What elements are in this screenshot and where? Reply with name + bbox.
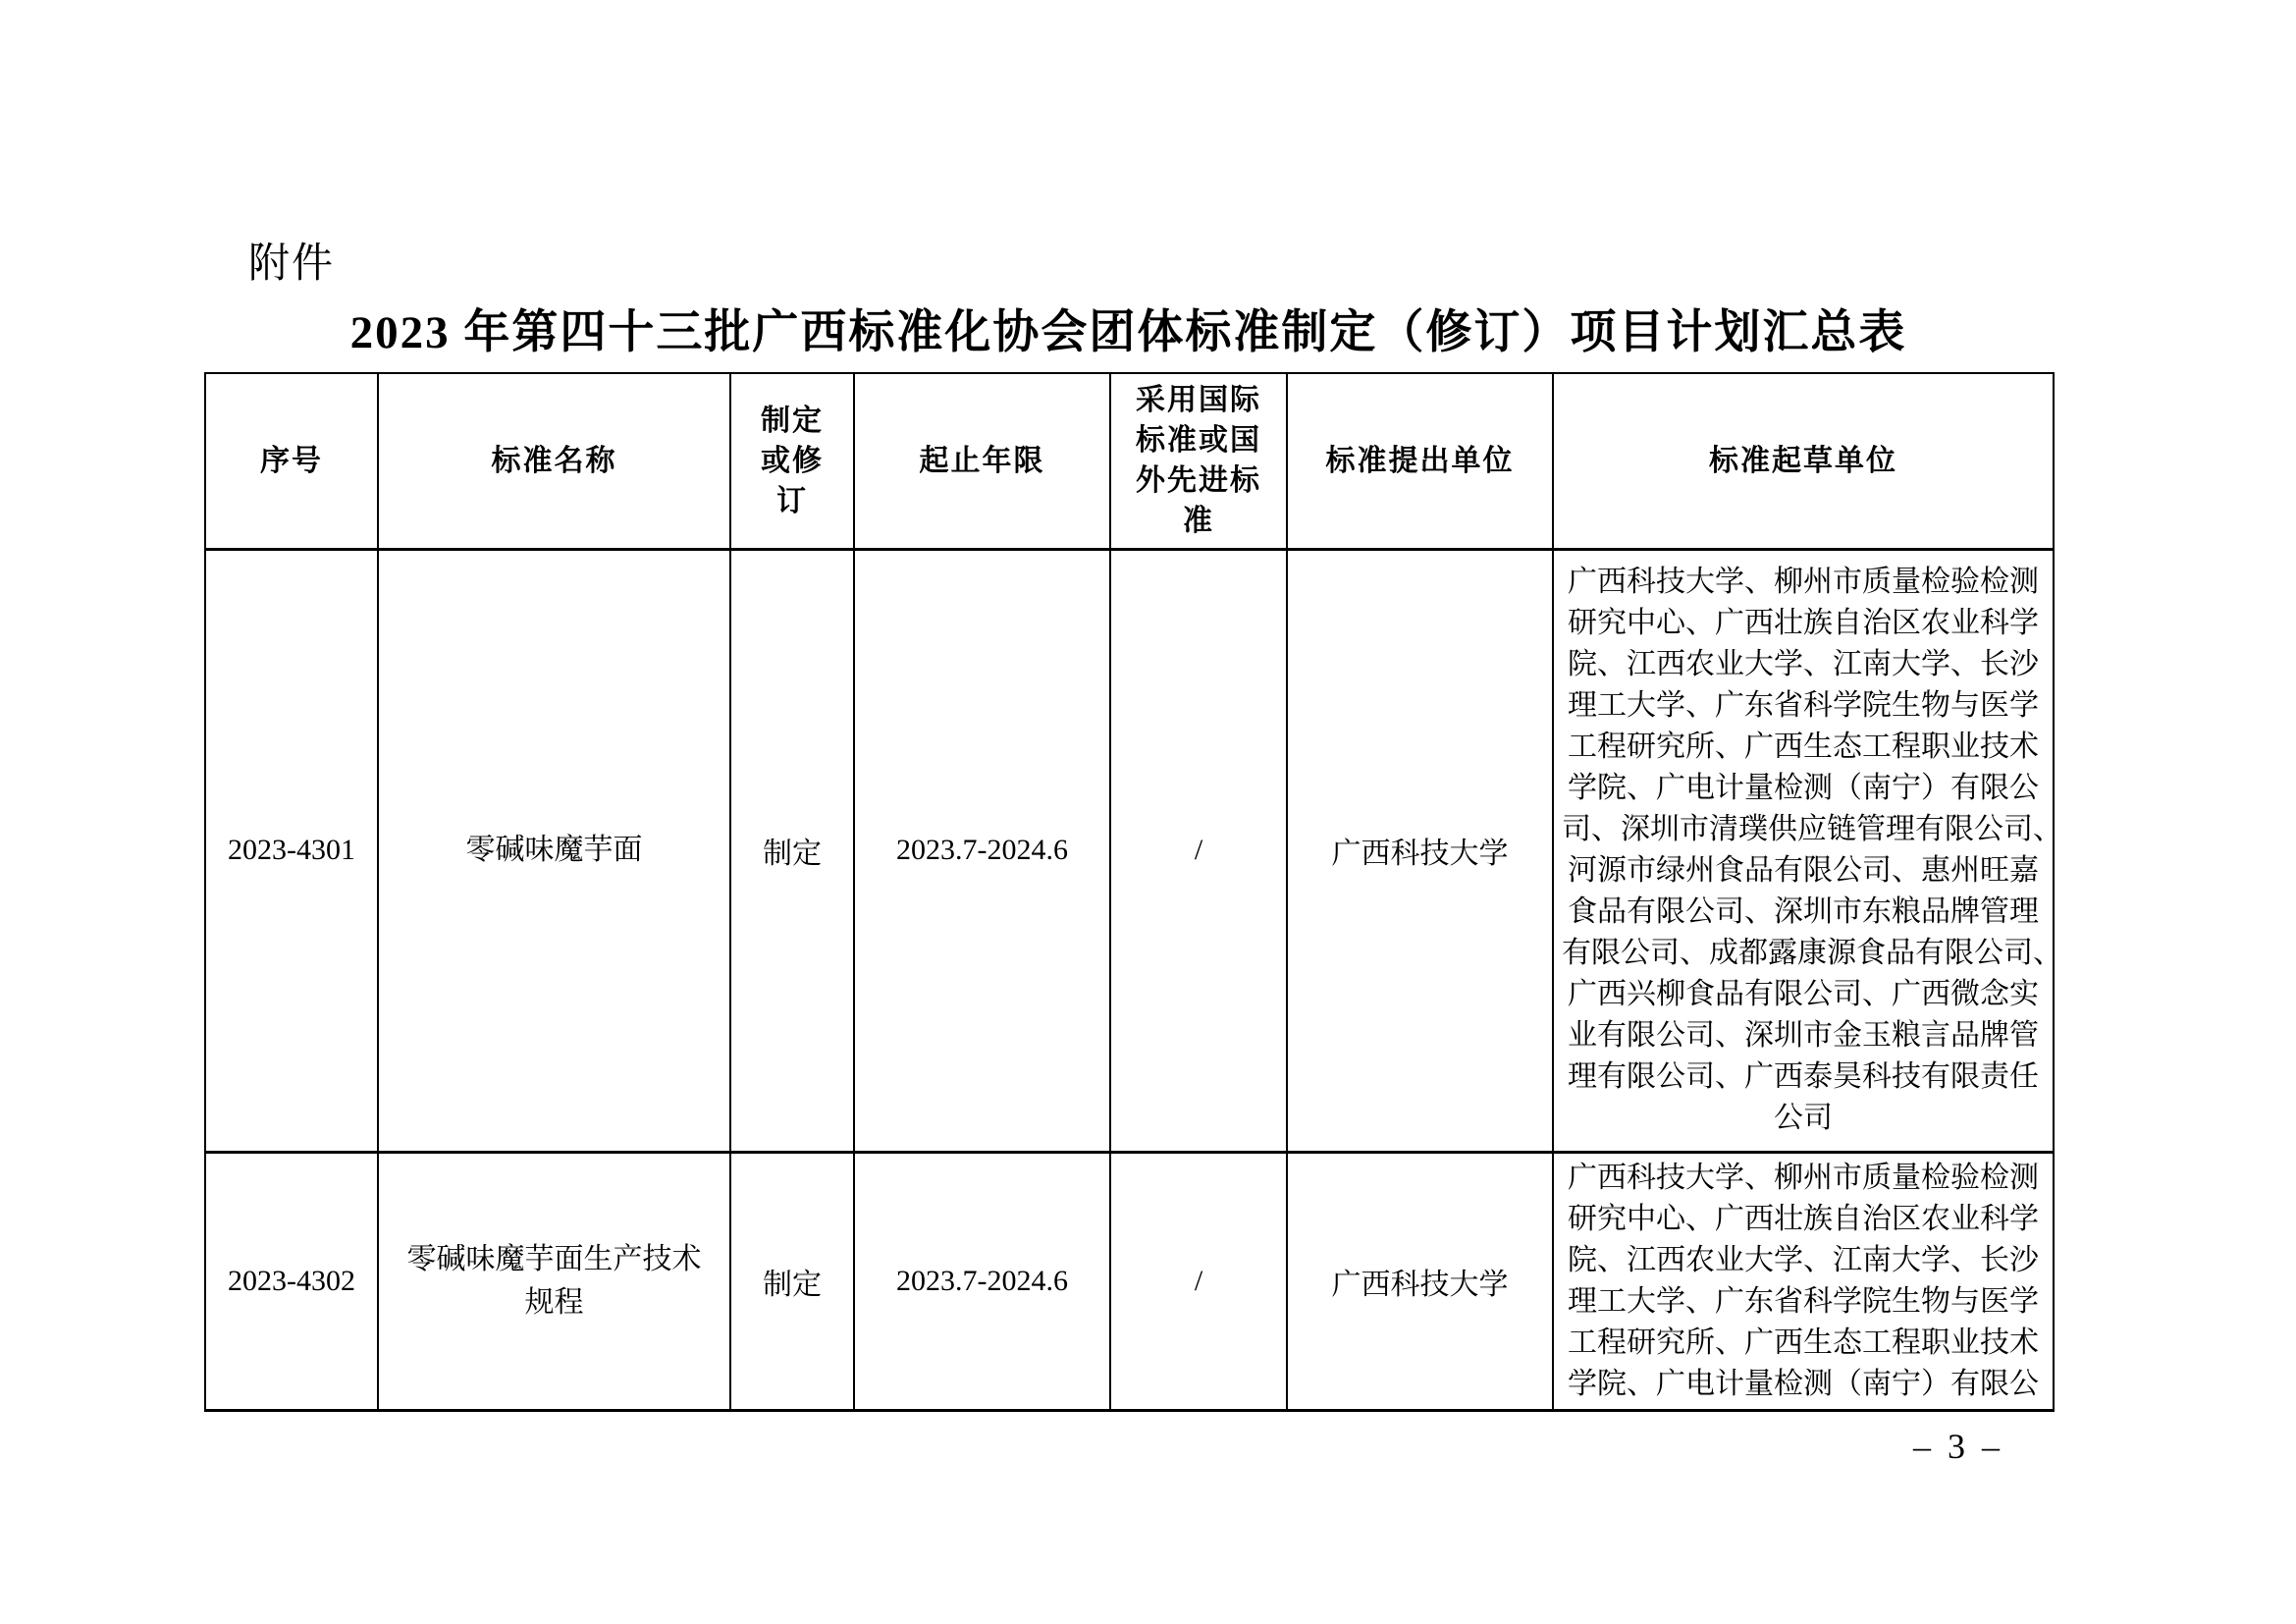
cell-adopt-international: / [1110,549,1287,1152]
table-row: 2023-4301 零碱味魔芋面 制定 2023.7-2024.6 / 广西科技… [205,549,2054,1152]
column-header-serial: 序号 [205,373,378,549]
column-header-period: 起止年限 [854,373,1110,549]
cell-standard-name: 零碱味魔芋面生产技术 规程 [378,1152,730,1410]
cell-period: 2023.7-2024.6 [854,549,1110,1152]
cell-standard-name: 零碱味魔芋面 [378,549,730,1152]
cell-serial: 2023-4301 [205,549,378,1152]
cell-formulate-or-revise: 制定 [730,1152,854,1410]
table-header-row: 序号 标准名称 制定 或修 订 起止年限 采用国际 标准或国 外先进标 准 标准… [205,373,2054,549]
page-title: 2023 年第四十三批广西标准化协会团体标准制定（修订）项目计划汇总表 [204,306,2053,359]
column-header-formulate-or-revise: 制定 或修 订 [730,373,854,549]
attachment-label: 附件 [248,242,335,287]
table-row: 2023-4302 零碱味魔芋面生产技术 规程 制定 2023.7-2024.6… [205,1152,2054,1410]
standards-table: 序号 标准名称 制定 或修 订 起止年限 采用国际 标准或国 外先进标 准 标准… [204,372,2055,1412]
cell-drafting-unit: 广西科技大学、柳州市质量检验检测 研究中心、广西壮族自治区农业科学 院、江西农业… [1553,549,2054,1152]
document-page: 附件 2023 年第四十三批广西标准化协会团体标准制定（修订）项目计划汇总表 序… [0,0,2296,1624]
cell-proposing-unit: 广西科技大学 [1287,549,1553,1152]
cell-proposing-unit: 广西科技大学 [1287,1152,1553,1410]
cell-adopt-international: / [1110,1152,1287,1410]
column-header-standard-name: 标准名称 [378,373,730,549]
cell-serial: 2023-4302 [205,1152,378,1410]
column-header-drafting-unit: 标准起草单位 [1553,373,2054,549]
cell-period: 2023.7-2024.6 [854,1152,1110,1410]
column-header-adopt-international: 采用国际 标准或国 外先进标 准 [1110,373,1287,549]
cell-formulate-or-revise: 制定 [730,549,854,1152]
column-header-proposing-unit: 标准提出单位 [1287,373,1553,549]
cell-drafting-unit: 广西科技大学、柳州市质量检验检测 研究中心、广西壮族自治区农业科学 院、江西农业… [1553,1152,2054,1410]
page-number: – 3 – [1860,1426,2056,1467]
